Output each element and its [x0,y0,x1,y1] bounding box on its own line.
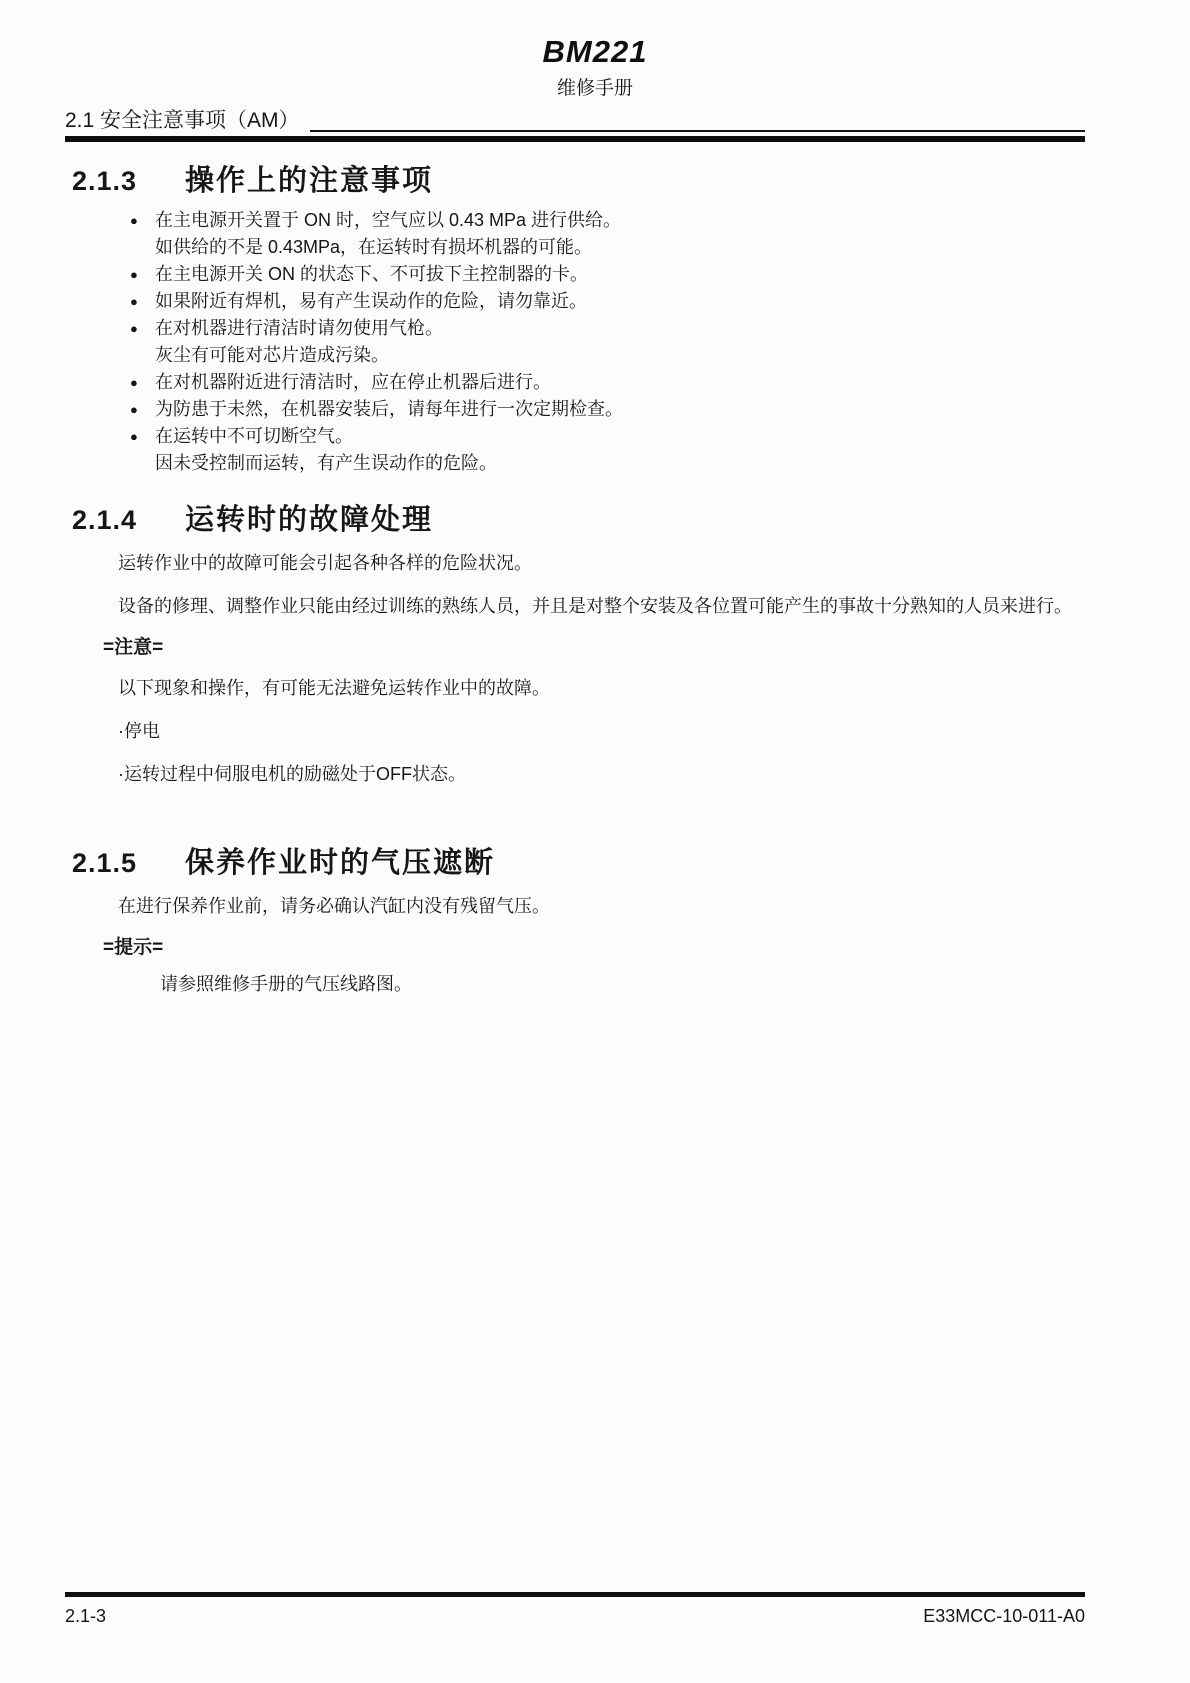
list-item-text: 在对机器进行清洁时请勿使用气枪。 [155,315,443,342]
model-title: BM221 [0,34,1190,70]
section-213-number: 2.1.3 [72,166,185,197]
manual-page: BM221 维修手册 2.1 安全注意事项（AM） 2.1.3 操作上的注意事项… [0,0,1190,1683]
list-item: ● 在运转中不可切断空气。 [130,423,1120,450]
list-item-text: 在主电源开关 ON 的状态下、不可拔下主控制器的卡。 [155,261,588,288]
bullet-icon: ● [130,261,155,288]
section-213-heading: 2.1.3 操作上的注意事项 [72,158,1190,199]
tip-label: =提示= [103,932,1190,959]
page-footer: 2.1-3 E33MCC-10-011-A0 [65,1592,1085,1627]
section-213-bullet-list: ● 在主电源开关置于 ON 时，空气应以 0.43 MPa 进行供给。 如供给的… [130,207,1120,477]
bullet-icon: ● [130,396,155,423]
cause-item: ·运转过程中伺服电机的励磁处于OFF状态。 [118,761,1120,788]
list-item: ● 在对机器进行清洁时请勿使用气枪。 [130,315,1120,342]
list-item-text: 为防患于未然，在机器安装后，请每年进行一次定期检查。 [155,396,623,423]
tip-text: 请参照维修手册的气压线路图。 [160,971,1120,998]
list-item-subtext: 因未受控制而运转，有产生误动作的危险。 [155,450,1120,477]
chapter-strip: 2.1 安全注意事项（AM） [65,104,1085,142]
bullet-icon: ● [130,288,155,315]
list-item-text: 在对机器附近进行清洁时，应在停止机器后进行。 [155,369,551,396]
bullet-icon: ● [130,369,155,396]
list-item: ● 如果附近有焊机，易有产生误动作的危险，请勿靠近。 [130,288,1120,315]
document-header: BM221 维修手册 [0,0,1190,100]
section-213-title: 操作上的注意事项 [185,158,433,199]
chapter-baseline-rule [310,130,1085,132]
footer-doc-code: E33MCC-10-011-A0 [923,1606,1085,1627]
footer-page-number: 2.1-3 [65,1606,106,1627]
section-214-number: 2.1.4 [72,505,185,536]
section-215-number: 2.1.5 [72,848,185,879]
paragraph: 运转作业中的故障可能会引起各种各样的危险状况。 [118,550,1120,577]
list-item: ● 在主电源开关置于 ON 时，空气应以 0.43 MPa 进行供给。 [130,207,1120,234]
list-item: ● 在对机器附近进行清洁时，应在停止机器后进行。 [130,369,1120,396]
cause-item: ·停电 [118,718,1120,745]
section-214-heading: 2.1.4 运转时的故障处理 [72,497,1190,538]
manual-subtitle: 维修手册 [0,73,1190,100]
chapter-title: 2.1 安全注意事项（AM） [65,104,300,136]
paragraph: 在进行保养作业前，请务必确认汽缸内没有残留气压。 [118,893,1120,920]
section-214-title: 运转时的故障处理 [185,497,433,538]
list-item: ● 为防患于未然，在机器安装后，请每年进行一次定期检查。 [130,396,1120,423]
list-item-text: 如果附近有焊机，易有产生误动作的危险，请勿靠近。 [155,288,587,315]
footer-rule [65,1592,1085,1597]
paragraph: 设备的修理、调整作业只能由经过训练的熟练人员，并且是对整个安装及各位置可能产生的… [118,593,1093,620]
note-text: 以下现象和操作，有可能无法避免运转作业中的故障。 [118,675,1120,702]
section-215-title: 保养作业时的气压遮断 [185,840,495,881]
chapter-thick-rule [65,136,1085,142]
list-item-text: 在主电源开关置于 ON 时，空气应以 0.43 MPa 进行供给。 [155,207,621,234]
list-item-subtext: 如供给的不是 0.43MPa，在运转时有损坏机器的可能。 [155,234,1120,261]
list-item: ● 在主电源开关 ON 的状态下、不可拔下主控制器的卡。 [130,261,1120,288]
bullet-icon: ● [130,423,155,450]
bullet-icon: ● [130,315,155,342]
list-item-text: 在运转中不可切断空气。 [155,423,353,450]
note-label: =注意= [103,632,1190,659]
section-215-heading: 2.1.5 保养作业时的气压遮断 [72,840,1190,881]
list-item-subtext: 灰尘有可能对芯片造成污染。 [155,342,1120,369]
bullet-icon: ● [130,207,155,234]
